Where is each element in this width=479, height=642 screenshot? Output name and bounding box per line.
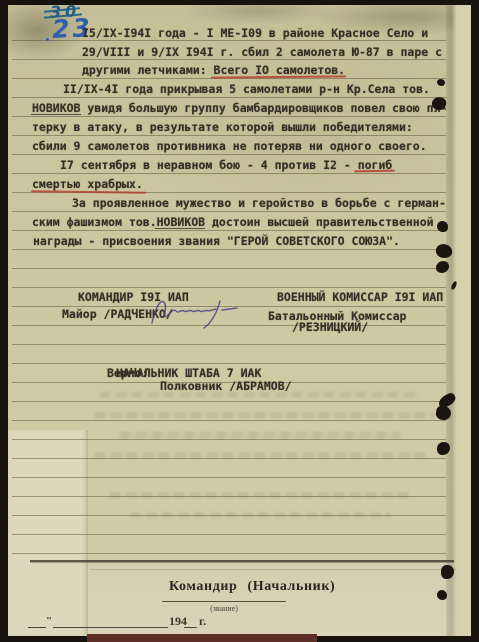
typed-line: I5/IX-I94I года - I МЕ-I09 в районе Крас… bbox=[82, 27, 428, 39]
date-rule bbox=[28, 627, 46, 628]
form-quote-mark: " bbox=[46, 615, 52, 627]
ink-blot bbox=[437, 221, 448, 232]
typed-line: За проявленное мужество и геройство в бо… bbox=[72, 197, 446, 209]
typed-line: сбили 9 самолетов противника не потеряв … bbox=[32, 140, 427, 152]
ink-blot bbox=[437, 590, 447, 600]
bleed-through bbox=[110, 492, 410, 498]
typed-line: 29/VIII и 9/IX I94I г. сбил 2 самолета Ю… bbox=[82, 46, 442, 58]
paper-right-edge bbox=[446, 5, 471, 636]
typed-line: смертью храбрых. bbox=[32, 178, 143, 190]
typed-line: терку в атаку, в результате которой вышл… bbox=[32, 121, 413, 133]
scan-background: 30 23 I5/IX-I94I года - I МЕ-I09 в район… bbox=[0, 0, 479, 642]
heavy-rule bbox=[30, 560, 454, 563]
commissar-title: ВОЕННЫЙ КОМИССАР I9I ИАП bbox=[277, 291, 443, 303]
typed-line: I7 сентября в неравном бою - 4 против I2… bbox=[60, 159, 392, 171]
form-commander-label: Командир (Начальник) bbox=[169, 579, 335, 595]
faint-rule bbox=[90, 569, 456, 570]
signature-scribble bbox=[148, 295, 243, 333]
typed-underline bbox=[155, 228, 205, 229]
certifying-officer: Полковник /АБРАМОВ/ bbox=[160, 380, 292, 392]
form-year-suffix: г. bbox=[199, 614, 206, 629]
bleed-through bbox=[95, 452, 425, 458]
ink-blot bbox=[437, 79, 445, 86]
typed-underline bbox=[31, 114, 81, 115]
signature-rule bbox=[162, 601, 286, 602]
typed-line: НОВИКОВ увидя большую группу бамбардиров… bbox=[32, 102, 447, 114]
typed-line: II/IX-4I года прикрывая 5 самолетами р-н… bbox=[63, 83, 430, 95]
ink-dot bbox=[46, 38, 49, 41]
certification-label: Верно: bbox=[107, 367, 149, 379]
typed-line: другими летчиками: Всего IO самолетов. bbox=[82, 64, 345, 76]
bleed-through bbox=[95, 412, 435, 418]
typed-line: ским фашизмом тов.НОВИКОВ достоин высшей… bbox=[32, 216, 434, 228]
underlying-page-edge bbox=[87, 634, 317, 642]
bleed-through bbox=[130, 512, 390, 518]
bleed-through bbox=[120, 432, 400, 438]
certification-line: Верно:НАЧАЛЬНИК ШТАБА 7 ИАК bbox=[107, 367, 261, 379]
date-rule bbox=[53, 627, 168, 628]
date-rule bbox=[184, 627, 197, 628]
form-rank-hint: (звание) bbox=[162, 604, 286, 613]
commissar-name: /РЕЗНИЦКИЙ/ bbox=[292, 321, 368, 333]
typed-line: награды - присвоения звания "ГЕРОЙ СОВЕТ… bbox=[33, 235, 400, 247]
